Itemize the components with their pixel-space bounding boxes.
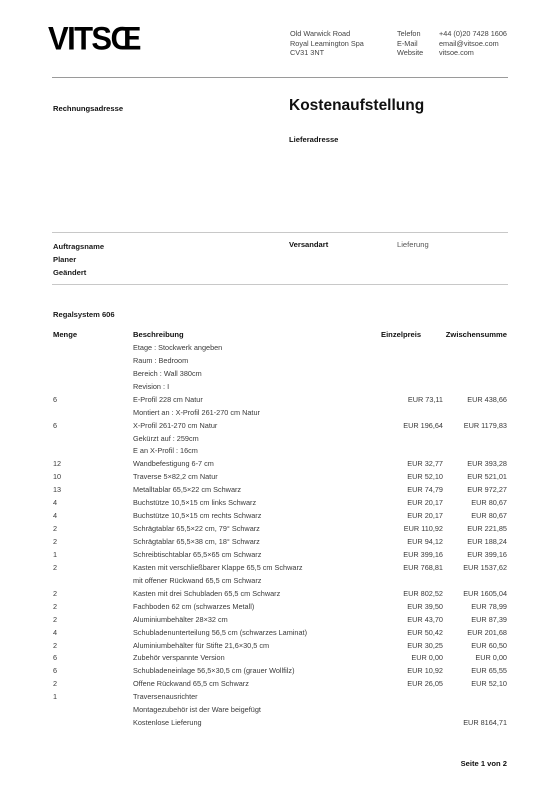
table-row: 2Aluminiumbehälter 28×32 cmEUR 43,70EUR … — [53, 613, 507, 626]
row-description: Schrägtablar 65,5×22 cm, 79° Schwarz — [133, 522, 379, 535]
row-unit-price — [379, 574, 443, 587]
table-row: Kostenlose LieferungEUR 8164,71 — [53, 716, 507, 729]
row-quantity — [53, 354, 133, 367]
row-description: Aluminiumbehälter für Stifte 21,6×30,5 c… — [133, 639, 379, 652]
contact-values: +44 (0)20 7428 1606 email@vitsoe.com vit… — [439, 29, 507, 58]
table-row: 4Schubladenunterteilung 56,5 cm (schwarz… — [53, 626, 507, 639]
delivery-address-label: Lieferadresse — [289, 135, 338, 144]
row-quantity — [53, 432, 133, 445]
row-unit-price: EUR 26,05 — [379, 677, 443, 690]
row-description: Zubehör verspannte Version — [133, 652, 379, 665]
row-subtotal: EUR 972,27 — [443, 483, 507, 496]
row-subtotal — [443, 341, 507, 354]
row-subtotal: EUR 201,68 — [443, 626, 507, 639]
row-unit-price: EUR 39,50 — [379, 600, 443, 613]
row-description: Kasten mit verschließbarer Klappe 65,5 c… — [133, 561, 379, 574]
row-description: Etage : Stockwerk angeben — [133, 341, 379, 354]
row-subtotal: EUR 0,00 — [443, 652, 507, 665]
row-unit-price: EUR 399,16 — [379, 548, 443, 561]
row-quantity: 6 — [53, 419, 133, 432]
row-quantity: 2 — [53, 613, 133, 626]
row-subtotal: EUR 221,85 — [443, 522, 507, 535]
contact-label-phone: Telefon — [397, 29, 423, 39]
row-unit-price: EUR 20,17 — [379, 509, 443, 522]
row-subtotal — [443, 690, 507, 703]
row-description: Wandbefestigung 6-7 cm — [133, 457, 379, 470]
row-quantity: 10 — [53, 470, 133, 483]
row-subtotal: EUR 80,67 — [443, 509, 507, 522]
table-row: 2Aluminiumbehälter für Stifte 21,6×30,5 … — [53, 639, 507, 652]
table-row: 6X-Profil 261-270 cm NaturEUR 196,64EUR … — [53, 419, 507, 432]
row-quantity: 4 — [53, 496, 133, 509]
row-unit-price: EUR 50,42 — [379, 626, 443, 639]
row-description: Montiert an : X-Profil 261-270 cm Natur — [133, 406, 379, 419]
row-description: Aluminiumbehälter 28×32 cm — [133, 613, 379, 626]
table-row: 13Metalltablar 65,5×22 cm SchwarzEUR 74,… — [53, 483, 507, 496]
header-description: Beschreibung — [133, 328, 379, 341]
row-unit-price: EUR 30,25 — [379, 639, 443, 652]
order-name-label: Auftragsname — [53, 240, 104, 253]
row-unit-price — [379, 354, 443, 367]
row-subtotal — [443, 406, 507, 419]
row-subtotal: EUR 438,66 — [443, 393, 507, 406]
document-title: Kostenaufstellung — [289, 97, 424, 115]
row-description: Montagezubehör ist der Ware beigefügt — [133, 703, 379, 716]
row-quantity: 6 — [53, 664, 133, 677]
table-header-row: Menge Beschreibung Einzelpreis Zwischens… — [53, 328, 507, 341]
row-unit-price: EUR 94,12 — [379, 535, 443, 548]
row-quantity — [53, 341, 133, 354]
row-unit-price — [379, 445, 443, 458]
row-subtotal: EUR 1179,83 — [443, 419, 507, 432]
row-quantity: 1 — [53, 548, 133, 561]
row-unit-price: EUR 32,77 — [379, 457, 443, 470]
row-subtotal — [443, 445, 507, 458]
table-row: 6Schubladeneinlage 56,5×30,5 cm (grauer … — [53, 664, 507, 677]
row-unit-price — [379, 406, 443, 419]
items-table: Menge Beschreibung Einzelpreis Zwischens… — [53, 328, 507, 729]
row-unit-price: EUR 802,52 — [379, 587, 443, 600]
row-subtotal: EUR 399,16 — [443, 548, 507, 561]
row-description: Bereich : Wall 380cm — [133, 367, 379, 380]
row-description: E an X-Profil : 16cm — [133, 445, 379, 458]
header-subtotal: Zwischensumme — [443, 328, 507, 341]
row-description: Schubladeneinlage 56,5×30,5 cm (grauer W… — [133, 664, 379, 677]
row-subtotal — [443, 367, 507, 380]
contact-label-website: Website — [397, 48, 423, 58]
row-subtotal: EUR 521,01 — [443, 470, 507, 483]
table-row: mit offener Rückwand 65,5 cm Schwarz — [53, 574, 507, 587]
table-row: Etage : Stockwerk angeben — [53, 341, 507, 354]
row-quantity: 2 — [53, 677, 133, 690]
row-description: Kasten mit drei Schubladen 65,5 cm Schwa… — [133, 587, 379, 600]
row-description: Schubladenunterteilung 56,5 cm (schwarze… — [133, 626, 379, 639]
row-quantity: 4 — [53, 626, 133, 639]
row-quantity: 2 — [53, 600, 133, 613]
address-line: Royal Leamington Spa — [290, 39, 364, 49]
row-description: Metalltablar 65,5×22 cm Schwarz — [133, 483, 379, 496]
row-unit-price: EUR 74,79 — [379, 483, 443, 496]
row-quantity — [53, 380, 133, 393]
contact-website[interactable]: vitsoe.com — [439, 48, 507, 58]
row-quantity: 4 — [53, 509, 133, 522]
row-unit-price — [379, 367, 443, 380]
table-row: Raum : Bedroom — [53, 354, 507, 367]
page-number: Seite 1 von 2 — [461, 759, 507, 768]
table-row: 2Offene Rückwand 65,5 cm SchwarzEUR 26,0… — [53, 677, 507, 690]
row-subtotal: EUR 78,99 — [443, 600, 507, 613]
contact-label-email: E-Mail — [397, 39, 423, 49]
table-row: 2Schrägtablar 65,5×38 cm, 18° SchwarzEUR… — [53, 535, 507, 548]
row-quantity: 2 — [53, 561, 133, 574]
row-subtotal: EUR 1605,04 — [443, 587, 507, 600]
row-description: Revision : I — [133, 380, 379, 393]
table-row: Montagezubehör ist der Ware beigefügt — [53, 703, 507, 716]
row-description: Schreibtischtablar 65,5×65 cm Schwarz — [133, 548, 379, 561]
vitsoe-logo: VITSŒ — [48, 22, 140, 55]
billing-address-label: Rechnungsadresse — [53, 104, 123, 113]
table-row: 2Fachboden 62 cm (schwarzes Metall)EUR 3… — [53, 600, 507, 613]
section-divider — [52, 232, 508, 233]
table-row: Gekürzt auf : 259cm — [53, 432, 507, 445]
address-line: Old Warwick Road — [290, 29, 364, 39]
row-unit-price — [379, 703, 443, 716]
row-description: E-Profil 228 cm Natur — [133, 393, 379, 406]
row-quantity — [53, 406, 133, 419]
row-quantity — [53, 574, 133, 587]
header-unit-price: Einzelpreis — [379, 328, 443, 341]
row-quantity: 2 — [53, 522, 133, 535]
row-unit-price: EUR 196,64 — [379, 419, 443, 432]
row-description: Schrägtablar 65,5×38 cm, 18° Schwarz — [133, 535, 379, 548]
row-quantity: 1 — [53, 690, 133, 703]
table-row: 6Zubehör verspannte VersionEUR 0,00EUR 0… — [53, 652, 507, 665]
row-subtotal: EUR 52,10 — [443, 677, 507, 690]
row-subtotal — [443, 703, 507, 716]
row-description: X-Profil 261-270 cm Natur — [133, 419, 379, 432]
row-quantity: 12 — [53, 457, 133, 470]
shipping-method-label: Versandart — [289, 240, 328, 249]
row-subtotal — [443, 380, 507, 393]
table-row: 12Wandbefestigung 6-7 cmEUR 32,77EUR 393… — [53, 457, 507, 470]
row-unit-price — [379, 341, 443, 354]
table-row: 1Schreibtischtablar 65,5×65 cm SchwarzEU… — [53, 548, 507, 561]
row-quantity: 2 — [53, 587, 133, 600]
row-unit-price — [379, 716, 443, 729]
row-subtotal: EUR 60,50 — [443, 639, 507, 652]
row-quantity: 2 — [53, 639, 133, 652]
section-title: Regalsystem 606 — [53, 310, 115, 319]
row-subtotal: EUR 80,67 — [443, 496, 507, 509]
row-subtotal: EUR 393,28 — [443, 457, 507, 470]
contact-labels: Telefon E-Mail Website — [397, 29, 423, 58]
table-row: 4Buchstütze 10,5×15 cm rechts SchwarzEUR… — [53, 509, 507, 522]
row-subtotal: EUR 1537,62 — [443, 561, 507, 574]
table-row: 2Kasten mit drei Schubladen 65,5 cm Schw… — [53, 587, 507, 600]
row-quantity: 2 — [53, 535, 133, 548]
row-subtotal — [443, 432, 507, 445]
table-row: Revision : I — [53, 380, 507, 393]
row-unit-price: EUR 10,92 — [379, 664, 443, 677]
address-line: CV31 3NT — [290, 48, 364, 58]
row-description: Kostenlose Lieferung — [133, 716, 379, 729]
row-subtotal: EUR 87,39 — [443, 613, 507, 626]
row-description: Fachboden 62 cm (schwarzes Metall) — [133, 600, 379, 613]
contact-phone: +44 (0)20 7428 1606 — [439, 29, 507, 39]
row-quantity: 6 — [53, 652, 133, 665]
table-row: Bereich : Wall 380cm — [53, 367, 507, 380]
row-description: Traversenausrichter — [133, 690, 379, 703]
row-subtotal — [443, 354, 507, 367]
planner-label: Planer — [53, 253, 104, 266]
section-divider — [52, 284, 508, 285]
table-row: 4Buchstütze 10,5×15 cm links SchwarzEUR … — [53, 496, 507, 509]
row-description: Gekürzt auf : 259cm — [133, 432, 379, 445]
row-quantity — [53, 367, 133, 380]
row-quantity: 13 — [53, 483, 133, 496]
row-description: Buchstütze 10,5×15 cm rechts Schwarz — [133, 509, 379, 522]
row-description: Raum : Bedroom — [133, 354, 379, 367]
row-unit-price: EUR 52,10 — [379, 470, 443, 483]
row-subtotal — [443, 574, 507, 587]
row-quantity — [53, 445, 133, 458]
row-unit-price — [379, 432, 443, 445]
row-subtotal: EUR 8164,71 — [443, 716, 507, 729]
header-divider — [52, 77, 508, 78]
shipping-method-value: Lieferung — [397, 240, 429, 249]
table-row: 2Kasten mit verschließbarer Klappe 65,5 … — [53, 561, 507, 574]
contact-email[interactable]: email@vitsoe.com — [439, 39, 507, 49]
row-unit-price: EUR 20,17 — [379, 496, 443, 509]
row-quantity — [53, 716, 133, 729]
row-description: Offene Rückwand 65,5 cm Schwarz — [133, 677, 379, 690]
table-row: 10Traverse 5×82,2 cm NaturEUR 52,10EUR 5… — [53, 470, 507, 483]
row-unit-price — [379, 380, 443, 393]
row-unit-price: EUR 768,81 — [379, 561, 443, 574]
table-row: 1Traversenausrichter — [53, 690, 507, 703]
row-subtotal: EUR 188,24 — [443, 535, 507, 548]
table-row: E an X-Profil : 16cm — [53, 445, 507, 458]
table-row: 2Schrägtablar 65,5×22 cm, 79° SchwarzEUR… — [53, 522, 507, 535]
row-quantity — [53, 703, 133, 716]
row-subtotal: EUR 65,55 — [443, 664, 507, 677]
row-unit-price: EUR 43,70 — [379, 613, 443, 626]
header-quantity: Menge — [53, 328, 133, 341]
changed-label: Geändert — [53, 266, 104, 279]
row-description: Buchstütze 10,5×15 cm links Schwarz — [133, 496, 379, 509]
table-row: 6E-Profil 228 cm NaturEUR 73,11EUR 438,6… — [53, 393, 507, 406]
company-address: Old Warwick Road Royal Leamington Spa CV… — [290, 29, 364, 58]
row-description: mit offener Rückwand 65,5 cm Schwarz — [133, 574, 379, 587]
row-unit-price: EUR 73,11 — [379, 393, 443, 406]
order-info-labels: Auftragsname Planer Geändert — [53, 240, 104, 279]
row-unit-price: EUR 110,92 — [379, 522, 443, 535]
row-unit-price: EUR 0,00 — [379, 652, 443, 665]
row-quantity: 6 — [53, 393, 133, 406]
row-unit-price — [379, 690, 443, 703]
table-row: Montiert an : X-Profil 261-270 cm Natur — [53, 406, 507, 419]
row-description: Traverse 5×82,2 cm Natur — [133, 470, 379, 483]
